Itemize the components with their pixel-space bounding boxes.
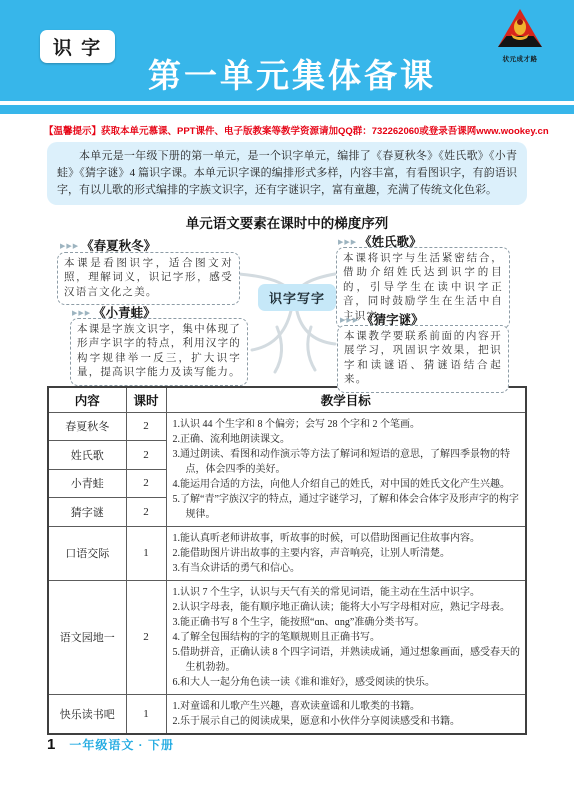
node-title: 《春夏秋冬》: [81, 239, 156, 253]
unit-element-diagram: ▶▶▶《春夏秋冬》 本课是看图识字，适合图文对照，理解词义，识记字形，感受汉语言…: [47, 232, 527, 382]
cell-hours: 2: [126, 412, 166, 441]
cell-content: 小青蛙: [48, 469, 126, 498]
cell-goals: 1.能认真听老师讲故事，听故事的时候，可以借助图画记住故事内容。 2.能借助图片…: [166, 526, 526, 580]
node-box-xiaoqingwa: 本课是字族文识字，集中体现了形声字识字的特点，利用汉字的构字规律举一反三，扩大识…: [70, 318, 248, 386]
publisher-logo-text: 状元成才路: [492, 54, 548, 63]
diagram-center-node: 识字写字: [258, 284, 336, 311]
col-header-hours: 课时: [126, 387, 166, 412]
goal-item: 3.通过朗读、看图和动作演示等方法了解词和短语的意思，了解四季景物的特点，体会四…: [173, 447, 521, 477]
book-name: 一年级语文 · 下册: [69, 736, 174, 753]
triple-arrow-icon: ▶▶▶: [340, 317, 359, 324]
cell-hours: 1: [126, 694, 166, 734]
cell-goals-merged: 1.认识 44 个生字和 8 个偏旁；会写 28 个字和 2 个笔画。 2.正确…: [166, 412, 526, 526]
page-title: 第一单元集体备课: [0, 50, 574, 97]
goal-item: 1.认识 7 个生字，认识与天气有关的常见词语，能主动在生活中识字。: [173, 585, 521, 600]
cell-hours: 2: [126, 469, 166, 498]
goal-item: 2.能借助图片讲出故事的主要内容，声音响亮，让别人听清楚。: [173, 546, 521, 561]
book-page: 识 字 第一单元集体备课 状元成才路 【温馨提示】获取本单元慕课、PPT课件、电…: [0, 0, 574, 802]
triangle-logo-icon: [497, 8, 543, 48]
cell-goals: 1.认识 7 个生字，认识与天气有关的常见词语，能主动在生活中识字。 2.认识字…: [166, 580, 526, 694]
triple-arrow-icon: ▶▶▶: [72, 310, 91, 317]
node-box-caizimi: 本课教学要联系前面的内容开展学习，巩固识字效果，把识字和读谜语、猜谜语结合起来。: [337, 325, 509, 393]
goal-item: 5.借助拼音，正确认读 8 个四字词语，并熟读成诵，通过想象画面，感受春天的生机…: [173, 645, 521, 675]
cell-goals: 1.对童谣和儿歌产生兴趣，喜欢读童谣和儿歌类的书籍。 2.乐于展示自己的阅读成果…: [166, 694, 526, 734]
cell-hours: 2: [126, 580, 166, 694]
goal-item: 2.正确、流利地朗读课文。: [173, 432, 521, 447]
goal-item: 6.和大人一起分角色读一读《谁和谁好》，感受阅读的快乐。: [173, 675, 521, 690]
node-box-chunxiaqiudong: 本课是看图识字，适合图文对照，理解词义，识记字形，感受汉语言文化之美。: [57, 252, 240, 305]
goal-item: 3.有当众讲话的勇气和信心。: [173, 561, 521, 576]
table-row: 春夏秋冬 2 1.认识 44 个生字和 8 个偏旁；会写 28 个字和 2 个笔…: [48, 412, 526, 441]
goal-item: 4.能运用合适的方法，向他人介绍自己的姓氏，对中国的姓氏文化产生兴趣。: [173, 477, 521, 492]
page-number: 1: [47, 736, 55, 753]
gradient-sequence-title: 单元语文要素在课时中的梯度序列: [0, 212, 574, 232]
triple-arrow-icon: ▶▶▶: [60, 243, 79, 250]
cell-hours: 1: [126, 526, 166, 580]
cell-hours: 2: [126, 498, 166, 527]
goal-item: 2.认识字母表，能有顺序地正确认读；能将大小写字母相对应，熟记字母表。: [173, 600, 521, 615]
cell-content: 语文园地一: [48, 580, 126, 694]
triple-arrow-icon: ▶▶▶: [338, 239, 357, 246]
unit-intro-box: 本单元是一年级下册的第一单元，是一个识字单元，编排了《春夏秋冬》《姓氏歌》《小青…: [47, 142, 527, 205]
cell-hours: 2: [126, 441, 166, 470]
cell-content: 快乐读书吧: [48, 694, 126, 734]
cell-content: 姓氏歌: [48, 441, 126, 470]
goal-item: 2.乐于展示自己的阅读成果，愿意和小伙伴分享阅读感受和书籍。: [173, 714, 521, 729]
goal-item: 5.了解“青”字族汉字的特点，通过字谜学习，了解和体会合体字及形声字的构字规律。: [173, 492, 521, 522]
goal-item: 4.了解全包围结构的字的笔顺规则且正确书写。: [173, 630, 521, 645]
unit-intro-text: 本单元是一年级下册的第一单元，是一个识字单元，编排了《春夏秋冬》《姓氏歌》《小青…: [57, 148, 517, 199]
cell-content: 猜字谜: [48, 498, 126, 527]
teaching-goals-table: 内容 课时 教学目标 春夏秋冬 2 1.认识 44 个生字和 8 个偏旁；会写 …: [47, 386, 527, 735]
publisher-logo: 状元成才路: [492, 8, 548, 63]
banner-accent-strip: [0, 105, 574, 114]
goal-item: 1.能认真听老师讲故事，听故事的时候，可以借助图画记住故事内容。: [173, 531, 521, 546]
table-row: 语文园地一 2 1.认识 7 个生字，认识与天气有关的常见词语，能主动在生活中识…: [48, 580, 526, 694]
page-footer: 1 一年级语文 · 下册: [47, 736, 174, 753]
goal-item: 3.能正确书写 8 个生字，能按照“ɑn、ɑng”准确分类书写。: [173, 615, 521, 630]
goal-item: 1.认识 44 个生字和 8 个偏旁；会写 28 个字和 2 个笔画。: [173, 417, 521, 432]
teaching-goals-table-wrap: 内容 课时 教学目标 春夏秋冬 2 1.认识 44 个生字和 8 个偏旁；会写 …: [47, 386, 527, 735]
cell-content: 口语交际: [48, 526, 126, 580]
col-header-content: 内容: [48, 387, 126, 412]
table-row: 快乐读书吧 1 1.对童谣和儿歌产生兴趣，喜欢读童谣和儿歌类的书籍。 2.乐于展…: [48, 694, 526, 734]
resource-tip-line: 【温馨提示】获取本单元慕课、PPT课件、电子版教案等教学资源请加QQ群：7322…: [44, 123, 544, 137]
cell-content: 春夏秋冬: [48, 412, 126, 441]
goal-item: 1.对童谣和儿歌产生兴趣，喜欢读童谣和儿歌类的书籍。: [173, 699, 521, 714]
table-row: 口语交际 1 1.能认真听老师讲故事，听故事的时候，可以借助图画记住故事内容。 …: [48, 526, 526, 580]
